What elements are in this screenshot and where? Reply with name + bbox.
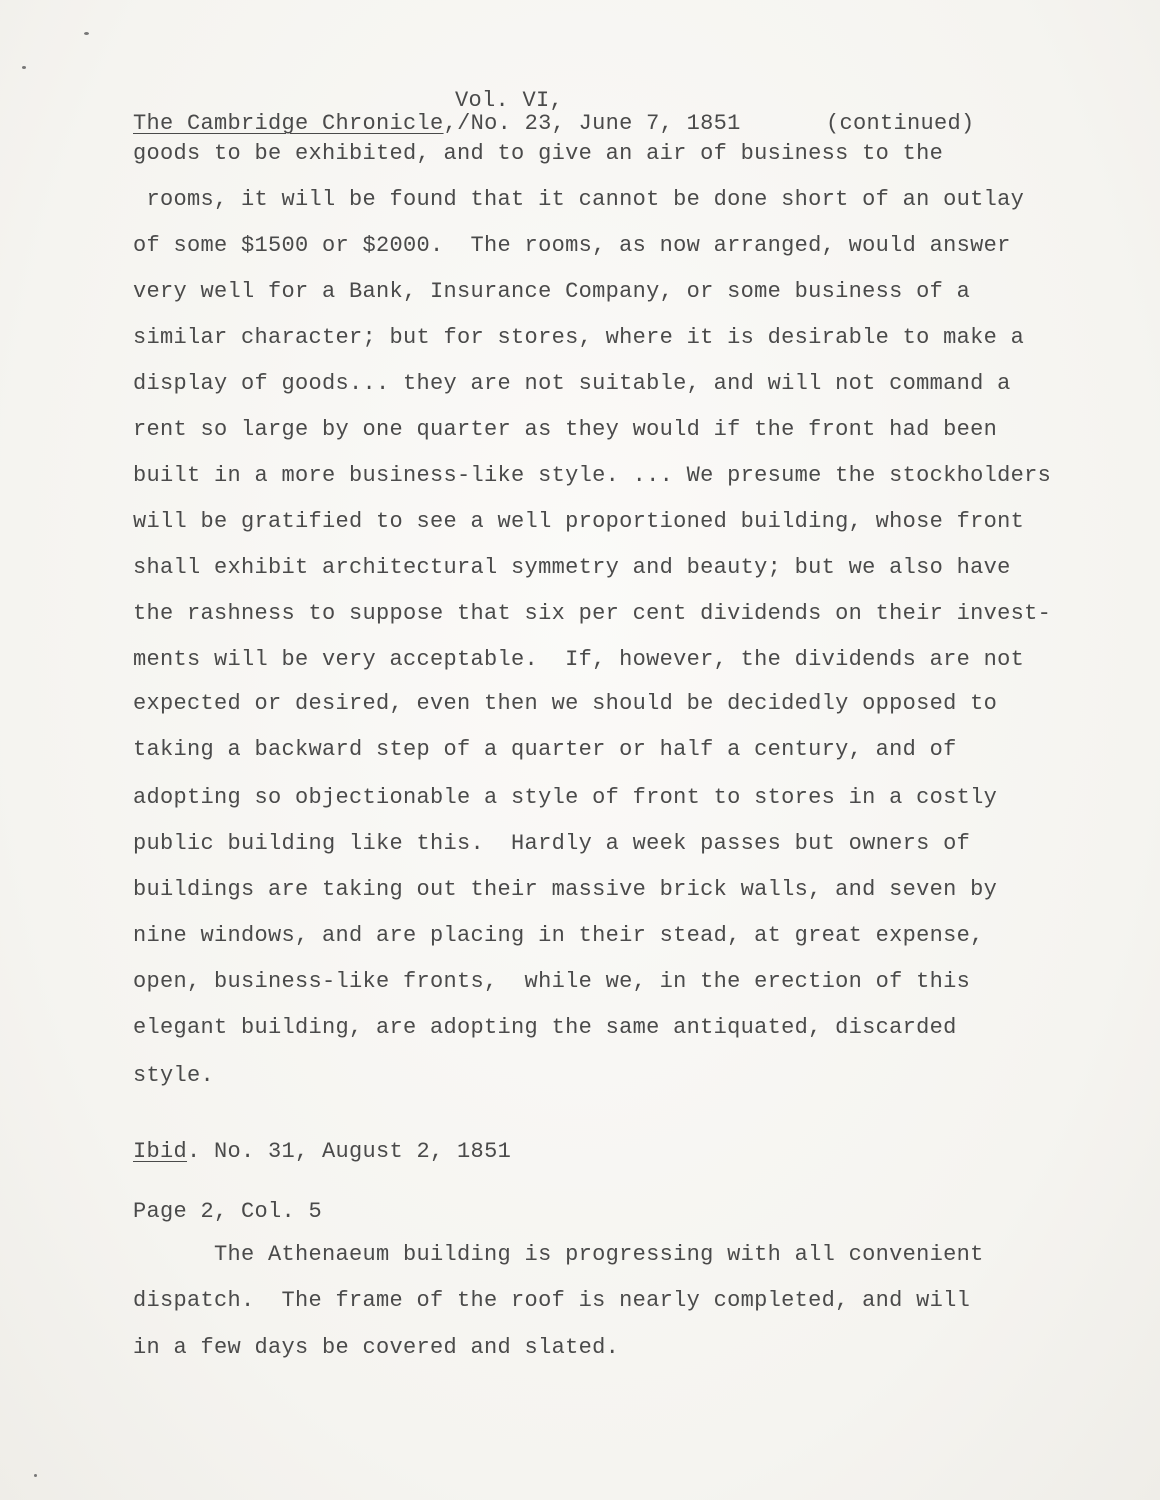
- scan-speck: [84, 32, 89, 35]
- continued-label: (continued): [826, 111, 975, 136]
- body-line: built in a more business-like style. ...…: [133, 463, 1051, 488]
- ibid-issue: . No. 31, August 2, 1851: [187, 1139, 511, 1164]
- body-line: of some $1500 or $2000. The rooms, as no…: [133, 233, 1011, 258]
- body-line: expected or desired, even then we should…: [133, 691, 997, 716]
- body-line: very well for a Bank, Insurance Company,…: [133, 279, 970, 304]
- ibid-citation: Ibid. No. 31, August 2, 1851: [133, 1139, 511, 1164]
- body-line: will be gratified to see a well proporti…: [133, 509, 1024, 534]
- citation-header: The Cambridge Chronicle,/No. 23, June 7,…: [133, 111, 741, 136]
- body-line: ments will be very acceptable. If, howev…: [133, 647, 1024, 672]
- body-line: rent so large by one quarter as they wou…: [133, 417, 997, 442]
- publication-title: The Cambridge Chronicle: [133, 111, 444, 136]
- body-line: taking a backward step of a quarter or h…: [133, 737, 957, 762]
- scan-speck: [22, 66, 26, 69]
- typewritten-page: Vol. VI, The Cambridge Chronicle,/No. 23…: [0, 0, 1160, 1500]
- body-line: open, business-like fronts, while we, in…: [133, 969, 970, 994]
- ibid-label: Ibid: [133, 1139, 187, 1164]
- scan-speck: [34, 1474, 37, 1477]
- entry-line: dispatch. The frame of the roof is nearl…: [133, 1288, 970, 1313]
- volume-label: Vol. VI,: [455, 88, 563, 113]
- body-line: shall exhibit architectural symmetry and…: [133, 555, 1011, 580]
- body-line: adopting so objectionable a style of fro…: [133, 785, 997, 810]
- body-line: style.: [133, 1063, 214, 1088]
- body-line: display of goods... they are not suitabl…: [133, 371, 1011, 396]
- body-line: rooms, it will be found that it cannot b…: [133, 187, 1024, 212]
- page-column-ref: Page 2, Col. 5: [133, 1199, 322, 1224]
- body-line: buildings are taking out their massive b…: [133, 877, 997, 902]
- body-line: elegant building, are adopting the same …: [133, 1015, 957, 1040]
- body-line: similar character; but for stores, where…: [133, 325, 1024, 350]
- body-line: the rashness to suppose that six per cen…: [133, 601, 1051, 626]
- body-line: public building like this. Hardly a week…: [133, 831, 970, 856]
- issue-info: ,/No. 23, June 7, 1851: [444, 111, 741, 136]
- entry-line: The Athenaeum building is progressing wi…: [133, 1242, 984, 1267]
- body-line: goods to be exhibited, and to give an ai…: [133, 141, 943, 166]
- entry-line: in a few days be covered and slated.: [133, 1335, 619, 1360]
- body-line: nine windows, and are placing in their s…: [133, 923, 984, 948]
